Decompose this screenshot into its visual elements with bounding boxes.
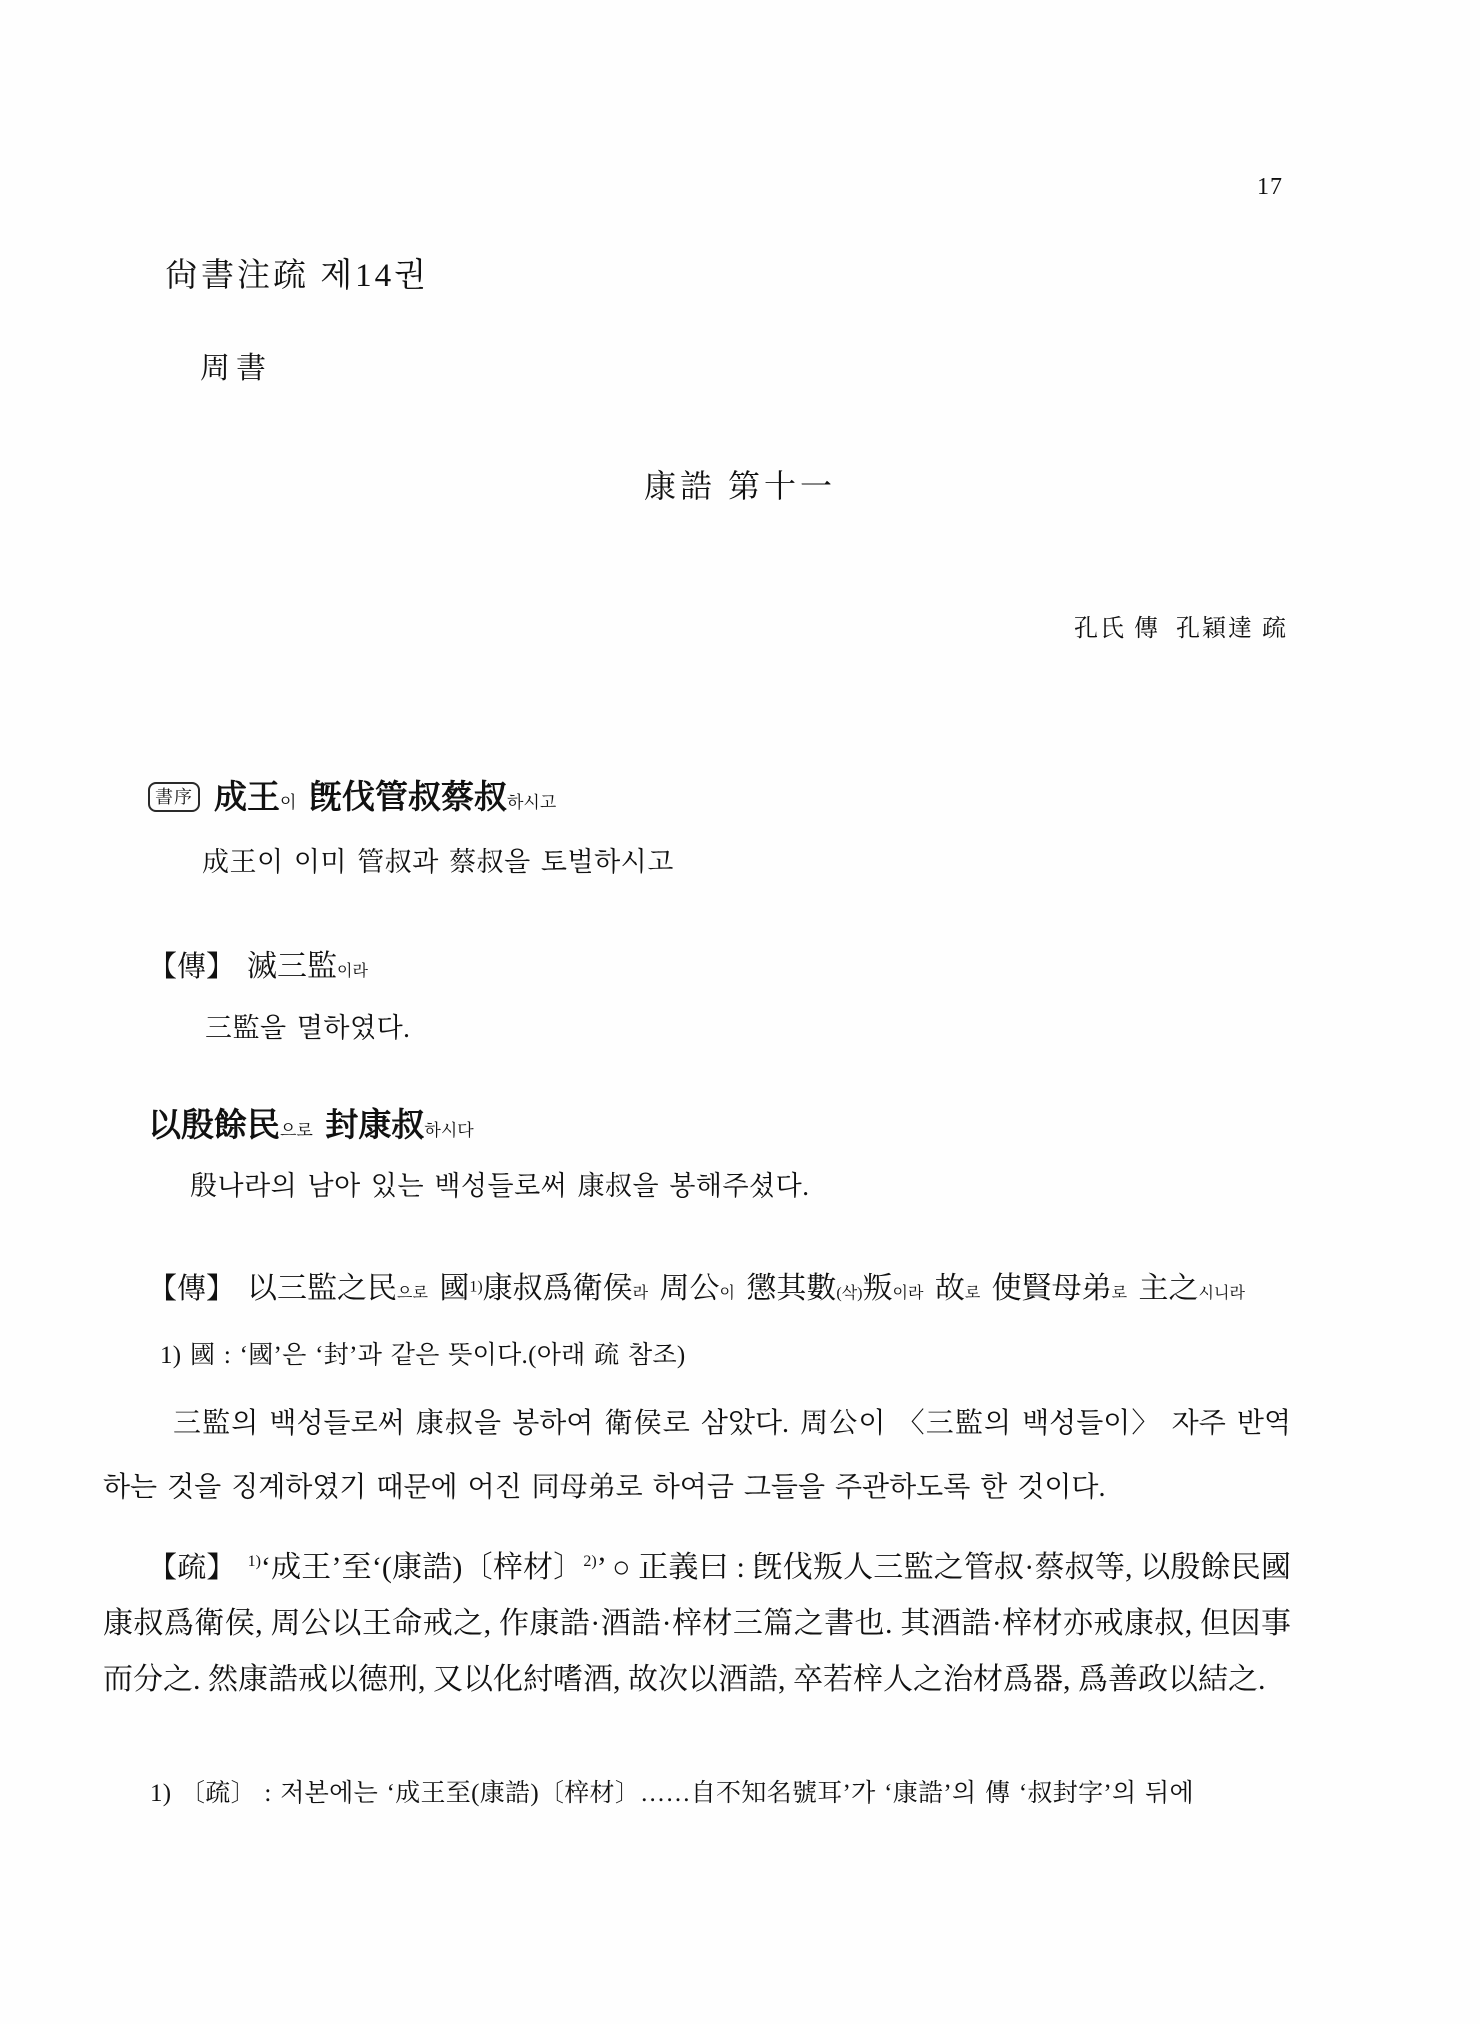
volume-title: 尙書注疏 제14권 [165,256,429,297]
soo-marker: 【疏】 [148,1552,236,1584]
jeon-marker: 【傳】 [148,1273,235,1305]
hanja-run: 滅三監 [247,950,337,983]
seo-original-line: 書序成王이旣伐管叔蔡叔하시고 [148,778,556,819]
jeon2-footnote: 1) 國 : ‘國’은 ‘封’과 같은 뜻이다.(아래 疏 참조) [160,1340,686,1371]
korean-particle: 라 [633,1285,648,1302]
attribution-line: 孔氏 傳 孔穎達 疏 [1074,614,1288,644]
hanja-run: 旣伐管叔蔡叔 [309,780,507,816]
seo-translation: 成王이 이미 管叔과 蔡叔을 토벌하시고 [202,846,674,880]
footnote-ref: 1) [469,1279,482,1296]
jeon1-translation: 三監을 멸하였다. [205,1012,410,1046]
seo-badge: 書序 [148,782,200,812]
hanja-run: 主之 [1139,1272,1199,1305]
korean-particle: 로 [1112,1285,1127,1302]
hanja-run: 叛 [863,1272,893,1305]
korean-particle: 이라 [893,1285,924,1302]
hanja-run: 故 [935,1272,965,1305]
korean-particle: 하시다 [424,1121,473,1140]
hanja-run: 以殷餘民 [148,1108,280,1144]
korean-particle: 로 [965,1285,980,1302]
korean-particle: 이 [720,1285,735,1302]
reading-gloss: (삭) [836,1285,862,1302]
footnote-ref: 1) [248,1553,261,1570]
hanja-run: 國 [439,1272,469,1305]
korean-particle: 으로 [397,1285,428,1302]
jeon2-line: 【傳】以三監之民으로國1)康叔爲衛侯라周公이懲其數(삭)叛이라故로使賢母弟로主之… [148,1270,1245,1308]
korean-particle: 하시고 [507,793,556,812]
soo-text-quoted: ‘成王’至‘(康誥)〔梓材〕 [261,1551,583,1584]
korean-particle: 이 [280,793,296,812]
hanja-run: 以三監之民 [247,1272,397,1305]
hanja-run: 康叔爲衛侯 [483,1272,633,1305]
jeon-marker: 【傳】 [148,951,235,983]
hanja-run: 封康叔 [325,1108,424,1144]
main2-original-line: 以殷餘民으로封康叔하시다 [148,1106,474,1147]
korean-particle: 시니라 [1199,1285,1245,1302]
jeon2-translation-paragraph: 三監의 백성들로써 康叔을 봉하여 衛侯로 삼았다. 周公이 〈三監의 백성들이… [103,1392,1291,1520]
page-number: 17 [1257,172,1283,202]
hanja-run: 懲其數 [746,1272,836,1305]
hanja-run: 使賢母弟 [992,1272,1112,1305]
soo-paragraph: 【疏】1)‘成王’至‘(康誥)〔梓材〕2)’ ○ 正義曰 : 旣伐叛人三監之管叔… [103,1540,1291,1708]
soo-footnote: 1) 〔疏〕 : 저본에는 ‘成王至(康誥)〔梓材〕……自不知名號耳’가 ‘康誥… [150,1778,1194,1809]
chapter-title: 康誥 第十一 [0,466,1480,506]
hanja-run: 成王 [214,780,280,816]
hanja-run: 周公 [660,1272,720,1305]
main2-translation: 殷나라의 남아 있는 백성들로써 康叔을 봉해주셨다. [190,1170,809,1204]
document-page: 17 尙書注疏 제14권 周書 康誥 第十一 孔氏 傳 孔穎達 疏 書序成王이旣… [0,0,1480,2024]
footnote-ref: 2) [583,1553,596,1570]
book-title: 周書 [200,350,272,388]
jeon1-line: 【傳】滅三監이라 [148,948,368,986]
korean-particle: 으로 [280,1121,313,1140]
korean-particle: 이라 [337,963,368,980]
